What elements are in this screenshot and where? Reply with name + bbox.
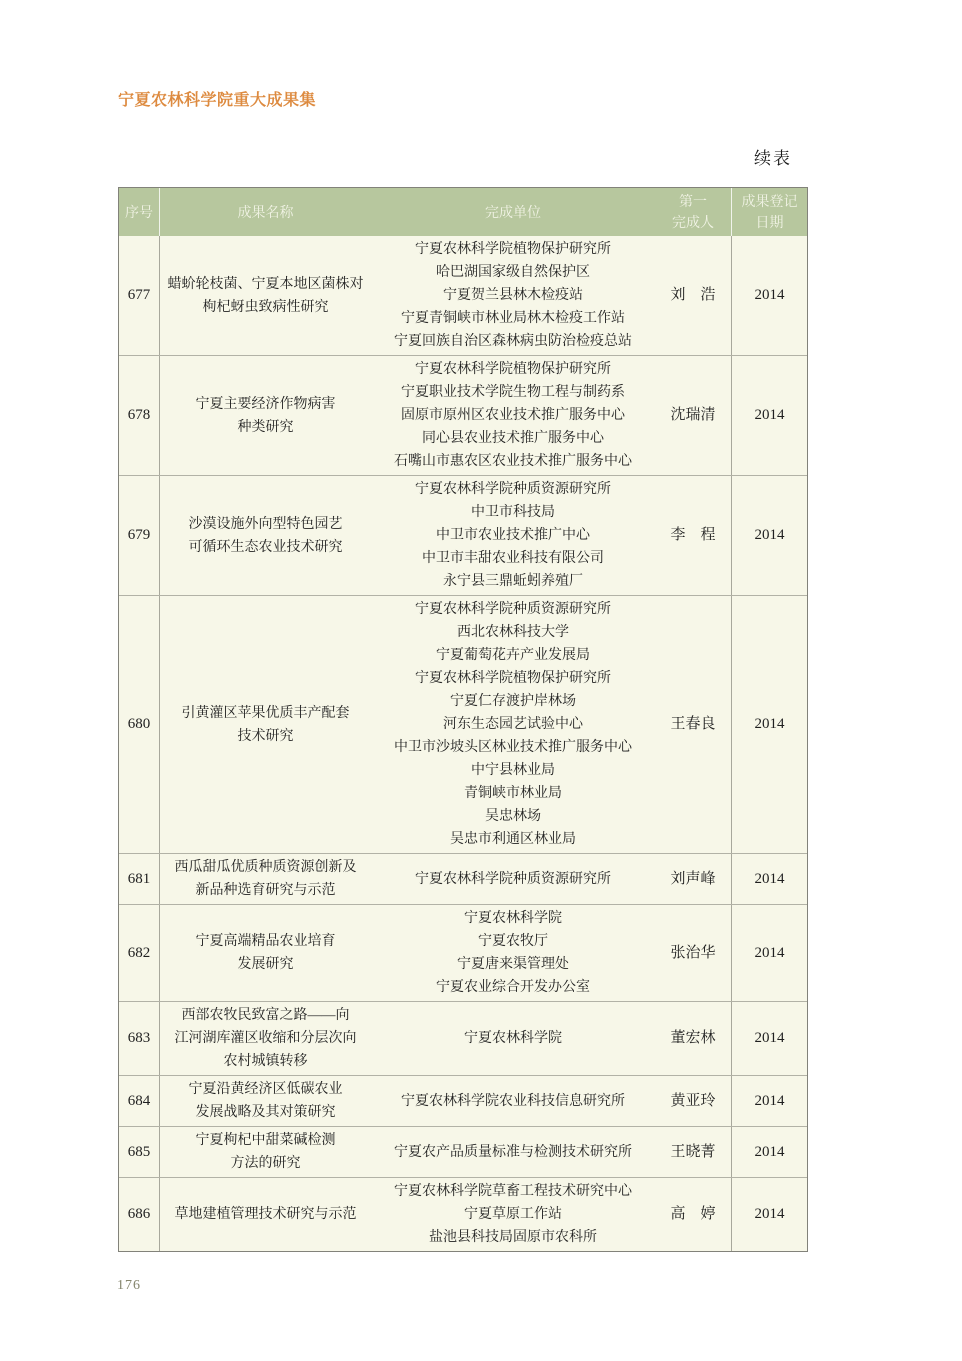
unit-line: 宁夏草原工作站 (464, 1203, 562, 1226)
unit-line: 宁夏农林科学院植物保护研究所 (415, 358, 611, 381)
completing-units-cell: 宁夏农林科学院宁夏农牧厅宁夏唐来渠管理处宁夏农业综合开发办公室 (371, 905, 655, 1001)
unit-line: 宁夏农林科学院种质资源研究所 (415, 598, 611, 621)
serial-cell: 683 (119, 1002, 160, 1075)
serial-cell: 680 (119, 596, 160, 853)
table-row: 682宁夏高端精品农业培育 发展研究宁夏农林科学院宁夏农牧厅宁夏唐来渠管理处宁夏… (119, 904, 807, 1001)
unit-line: 中宁县林业局 (471, 759, 555, 782)
first-completer-cell: 董宏林 (655, 1002, 731, 1075)
unit-line: 青铜峡市林业局 (464, 782, 562, 805)
registration-date-cell: 2014 (731, 1178, 807, 1251)
unit-line: 中卫市丰甜农业科技有限公司 (422, 547, 604, 570)
registration-date-cell: 2014 (731, 356, 807, 475)
achievement-name-cell: 沙漠设施外向型特色园艺 可循环生态农业技术研究 (160, 476, 371, 595)
table-row: 677蜡蚧轮枝菌、宁夏本地区菌株对 枸杞蚜虫致病性研究宁夏农林科学院植物保护研究… (119, 236, 807, 355)
serial-cell: 677 (119, 236, 160, 355)
serial-cell: 684 (119, 1076, 160, 1126)
completing-units-cell: 宁夏农林科学院植物保护研究所哈巴湖国家级自然保护区宁夏贺兰县林木检疫站宁夏青铜峡… (371, 236, 655, 355)
unit-line: 固原市原州区农业技术推广服务中心 (401, 404, 625, 427)
registration-date-cell: 2014 (731, 905, 807, 1001)
completing-units-cell: 宁夏农林科学院种质资源研究所西北农林科技大学宁夏葡萄花卉产业发展局宁夏农林科学院… (371, 596, 655, 853)
unit-line: 宁夏农林科学院 (464, 1027, 562, 1050)
achievement-name-cell: 蜡蚧轮枝菌、宁夏本地区菌株对 枸杞蚜虫致病性研究 (160, 236, 371, 355)
first-completer-cell: 高 婷 (655, 1178, 731, 1251)
unit-line: 宁夏贺兰县林木检疫站 (443, 284, 583, 307)
registration-date-cell: 2014 (731, 596, 807, 853)
serial-cell: 682 (119, 905, 160, 1001)
registration-date-cell: 2014 (731, 1076, 807, 1126)
unit-line: 中卫市农业技术推广中心 (436, 524, 590, 547)
unit-line: 石嘴山市惠农区农业技术推广服务中心 (394, 450, 632, 473)
achievement-name-cell: 引黄灌区苹果优质丰产配套 技术研究 (160, 596, 371, 853)
unit-line: 宁夏农林科学院植物保护研究所 (415, 238, 611, 261)
book-title: 宁夏农林科学院重大成果集 (118, 87, 316, 110)
unit-line: 宁夏农牧厅 (478, 930, 548, 953)
achievement-name-cell: 西部农牧民致富之路——向 江河湖库灌区收缩和分层次向 农村城镇转移 (160, 1002, 371, 1075)
unit-line: 宁夏农林科学院植物保护研究所 (415, 667, 611, 690)
first-completer-cell: 张治华 (655, 905, 731, 1001)
achievement-name-cell: 宁夏枸杞中甜菜碱检测 方法的研究 (160, 1127, 371, 1177)
continued-table-label: 续表 (754, 144, 792, 169)
achievement-name-cell: 草地建植管理技术研究与示范 (160, 1178, 371, 1251)
registration-date-cell: 2014 (731, 476, 807, 595)
completing-units-cell: 宁夏农林科学院 (371, 1002, 655, 1075)
table-row: 679沙漠设施外向型特色园艺 可循环生态农业技术研究宁夏农林科学院种质资源研究所… (119, 475, 807, 595)
unit-line: 宁夏农业综合开发办公室 (436, 976, 590, 999)
column-header-serial: 序号 (119, 188, 160, 236)
unit-line: 同心县农业技术推广服务中心 (422, 427, 604, 450)
document-page: 宁夏农林科学院重大成果集 续表 序号 成果名称 完成单位 第一 完成人 成果登记… (0, 0, 962, 1361)
unit-line: 宁夏农林科学院种质资源研究所 (415, 868, 611, 891)
table-row: 678宁夏主要经济作物病害 种类研究宁夏农林科学院植物保护研究所宁夏职业技术学院… (119, 355, 807, 475)
unit-line: 宁夏青铜峡市林业局林木检疫工作站 (401, 307, 625, 330)
table-row: 686草地建植管理技术研究与示范宁夏农林科学院草畜工程技术研究中心宁夏草原工作站… (119, 1177, 807, 1251)
first-completer-cell: 王晓菁 (655, 1127, 731, 1177)
unit-line: 宁夏仁存渡护岸林场 (450, 690, 576, 713)
unit-line: 宁夏农林科学院草畜工程技术研究中心 (394, 1180, 632, 1203)
serial-cell: 685 (119, 1127, 160, 1177)
achievement-name-cell: 宁夏高端精品农业培育 发展研究 (160, 905, 371, 1001)
unit-line: 吴忠林场 (485, 805, 541, 828)
achievement-name-cell: 西瓜甜瓜优质种质资源创新及 新品种选育研究与示范 (160, 854, 371, 904)
unit-line: 宁夏农林科学院农业科技信息研究所 (401, 1090, 625, 1113)
serial-cell: 681 (119, 854, 160, 904)
table-body: 677蜡蚧轮枝菌、宁夏本地区菌株对 枸杞蚜虫致病性研究宁夏农林科学院植物保护研究… (119, 236, 807, 1251)
column-header-completing-units: 完成单位 (371, 188, 655, 236)
serial-cell: 678 (119, 356, 160, 475)
first-completer-cell: 刘声峰 (655, 854, 731, 904)
unit-line: 宁夏回族自治区森林病虫防治检疫总站 (394, 330, 632, 353)
registration-date-cell: 2014 (731, 1002, 807, 1075)
unit-line: 中卫市科技局 (471, 501, 555, 524)
table-row: 680引黄灌区苹果优质丰产配套 技术研究宁夏农林科学院种质资源研究所西北农林科技… (119, 595, 807, 853)
table-row: 684宁夏沿黄经济区低碳农业 发展战略及其对策研究宁夏农林科学院农业科技信息研究… (119, 1075, 807, 1126)
unit-line: 宁夏职业技术学院生物工程与制药系 (401, 381, 625, 404)
achievement-name-cell: 宁夏沿黄经济区低碳农业 发展战略及其对策研究 (160, 1076, 371, 1126)
achievement-name-cell: 宁夏主要经济作物病害 种类研究 (160, 356, 371, 475)
page-number: 176 (117, 1278, 141, 1294)
table-row: 683西部农牧民致富之路——向 江河湖库灌区收缩和分层次向 农村城镇转移宁夏农林… (119, 1001, 807, 1075)
unit-line: 河东生态园艺试验中心 (443, 713, 583, 736)
first-completer-cell: 刘 浩 (655, 236, 731, 355)
column-header-registration-date: 成果登记 日期 (731, 188, 807, 236)
unit-line: 盐池县科技局固原市农科所 (429, 1226, 597, 1249)
unit-line: 吴忠市利通区林业局 (450, 828, 576, 851)
column-header-first-completer: 第一 完成人 (655, 188, 731, 236)
registration-date-cell: 2014 (731, 236, 807, 355)
achievements-table: 序号 成果名称 完成单位 第一 完成人 成果登记 日期 677蜡蚧轮枝菌、宁夏本… (118, 187, 808, 1252)
unit-line: 中卫市沙坡头区林业技术推广服务中心 (394, 736, 632, 759)
first-completer-cell: 沈瑞清 (655, 356, 731, 475)
completing-units-cell: 宁夏农林科学院农业科技信息研究所 (371, 1076, 655, 1126)
unit-line: 宁夏唐来渠管理处 (457, 953, 569, 976)
unit-line: 西北农林科技大学 (457, 621, 569, 644)
registration-date-cell: 2014 (731, 854, 807, 904)
unit-line: 宁夏农产品质量标准与检测技术研究所 (394, 1141, 632, 1164)
table-row: 681西瓜甜瓜优质种质资源创新及 新品种选育研究与示范宁夏农林科学院种质资源研究… (119, 853, 807, 904)
serial-cell: 679 (119, 476, 160, 595)
registration-date-cell: 2014 (731, 1127, 807, 1177)
table-header-row: 序号 成果名称 完成单位 第一 完成人 成果登记 日期 (119, 188, 807, 236)
completing-units-cell: 宁夏农林科学院种质资源研究所 (371, 854, 655, 904)
first-completer-cell: 李 程 (655, 476, 731, 595)
unit-line: 永宁县三鼎蚯蚓养殖厂 (443, 570, 583, 593)
unit-line: 宁夏农林科学院种质资源研究所 (415, 478, 611, 501)
unit-line: 哈巴湖国家级自然保护区 (436, 261, 590, 284)
first-completer-cell: 王春良 (655, 596, 731, 853)
completing-units-cell: 宁夏农林科学院种质资源研究所中卫市科技局中卫市农业技术推广中心中卫市丰甜农业科技… (371, 476, 655, 595)
unit-line: 宁夏葡萄花卉产业发展局 (436, 644, 590, 667)
serial-cell: 686 (119, 1178, 160, 1251)
unit-line: 宁夏农林科学院 (464, 907, 562, 930)
completing-units-cell: 宁夏农林科学院草畜工程技术研究中心宁夏草原工作站盐池县科技局固原市农科所 (371, 1178, 655, 1251)
completing-units-cell: 宁夏农林科学院植物保护研究所宁夏职业技术学院生物工程与制药系固原市原州区农业技术… (371, 356, 655, 475)
completing-units-cell: 宁夏农产品质量标准与检测技术研究所 (371, 1127, 655, 1177)
column-header-achievement-name: 成果名称 (160, 188, 371, 236)
first-completer-cell: 黄亚玲 (655, 1076, 731, 1126)
table-row: 685宁夏枸杞中甜菜碱检测 方法的研究宁夏农产品质量标准与检测技术研究所王晓菁2… (119, 1126, 807, 1177)
